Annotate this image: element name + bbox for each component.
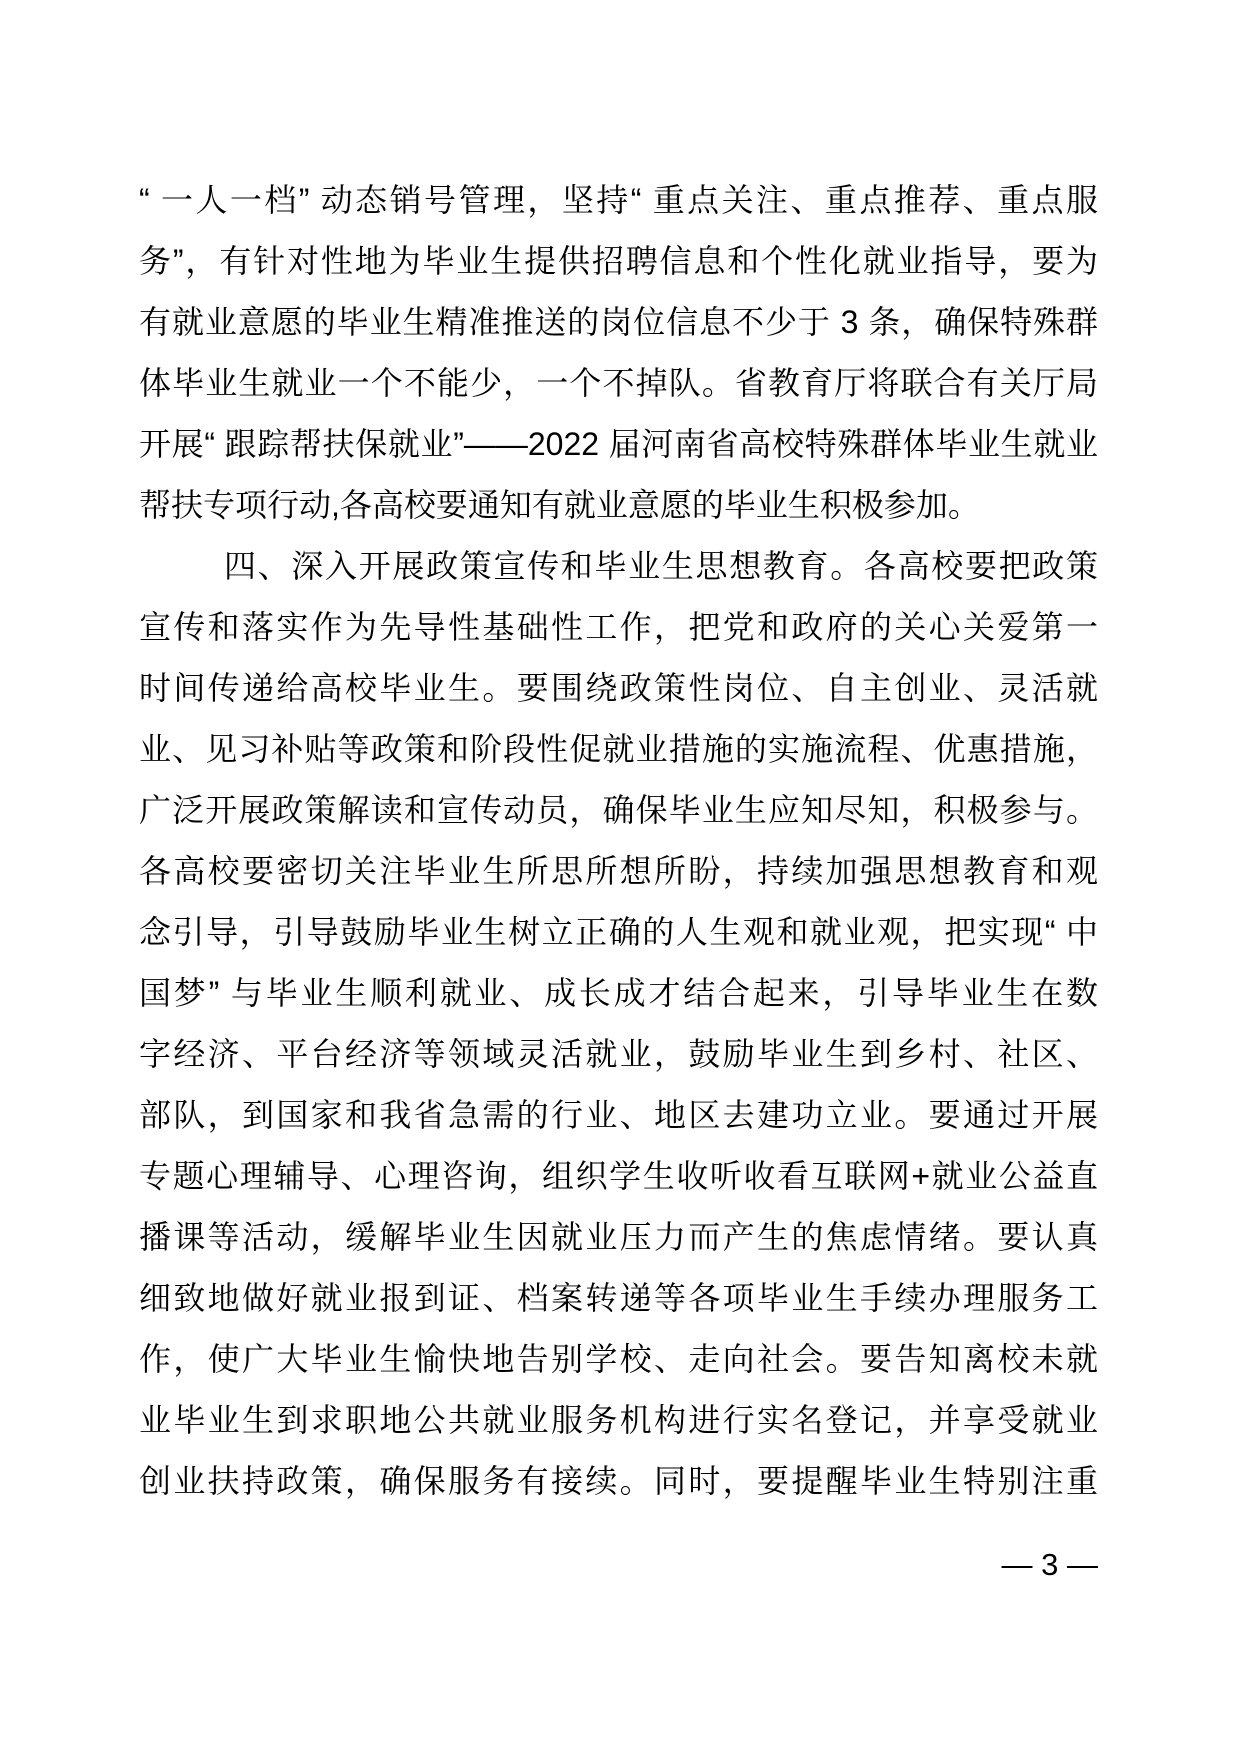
text-line: 业毕业生到求职地公共就业服务机构进行实名登记，并享受就业 [139,1390,1098,1451]
text-line-section-heading: 四、深入开展政策宣传和毕业生思想教育。各高校要把政策 [139,536,1098,597]
text-line: 体毕业生就业一个不能少，一个不掉队。省教育厅将联合有关厅局 [139,353,1098,414]
text-line: 时间传递给高校毕业生。要围绕政策性岗位、自主创业、灵活就 [139,658,1098,719]
text-line: 各高校要密切关注毕业生所思所想所盼，持续加强思想教育和观 [139,841,1098,902]
text-line: 业、见习补贴等政策和阶段性促就业措施的实施流程、优惠措施， [139,719,1098,780]
text-line: 宣传和落实作为先导性基础性工作，把党和政府的关心关爱第一 [139,597,1098,658]
text-line: 广泛开展政策解读和宣传动员，确保毕业生应知尽知，积极参与。 [139,780,1098,841]
text-line: 创业扶持政策，确保服务有接续。同时，要提醒毕业生特别注重 [139,1451,1098,1512]
text-line: 播课等活动，缓解毕业生因就业压力而产生的焦虑情绪。要认真 [139,1207,1098,1268]
text-line: 细致地做好就业报到证、档案转递等各项毕业生手续办理服务工 [139,1268,1098,1329]
text-line: 字经济、平台经济等领域灵活就业，鼓励毕业生到乡村、社区、 [139,1024,1098,1085]
text-line: 专题心理辅导、心理咨询，组织学生收听收看互联网+就业公益直 [139,1146,1098,1207]
text-line: “ 一人一档” 动态销号管理，坚持“ 重点关注、重点推荐、重点服 [139,170,1098,231]
document-body: “ 一人一档” 动态销号管理，坚持“ 重点关注、重点推荐、重点服 务”，有针对性… [139,170,1098,1512]
text-line: 部队，到国家和我省急需的行业、地区去建功立业。要通过开展 [139,1085,1098,1146]
text-line: 念引导，引导鼓励毕业生树立正确的人生观和就业观，把实现“ 中 [139,902,1098,963]
text-line: 帮扶专项行动,各高校要通知有就业意愿的毕业生积极参加。 [139,475,1098,536]
text-line: 开展“ 跟踪帮扶保就业”——2022 届河南省高校特殊群体毕业生就业 [139,414,1098,475]
document-page: “ 一人一档” 动态销号管理，坚持“ 重点关注、重点推荐、重点服 务”，有针对性… [0,0,1241,1754]
text-line: 作，使广大毕业生愉快地告别学校、走向社会。要告知离校未就 [139,1329,1098,1390]
text-line: 国梦” 与毕业生顺利就业、成长成才结合起来，引导毕业生在数 [139,963,1098,1024]
text-line: 务”，有针对性地为毕业生提供招聘信息和个性化就业指导，要为 [139,231,1098,292]
text-line: 有就业意愿的毕业生精准推送的岗位信息不少于 3 条，确保特殊群 [139,292,1098,353]
page-number: — 3 — [139,1543,1098,1587]
